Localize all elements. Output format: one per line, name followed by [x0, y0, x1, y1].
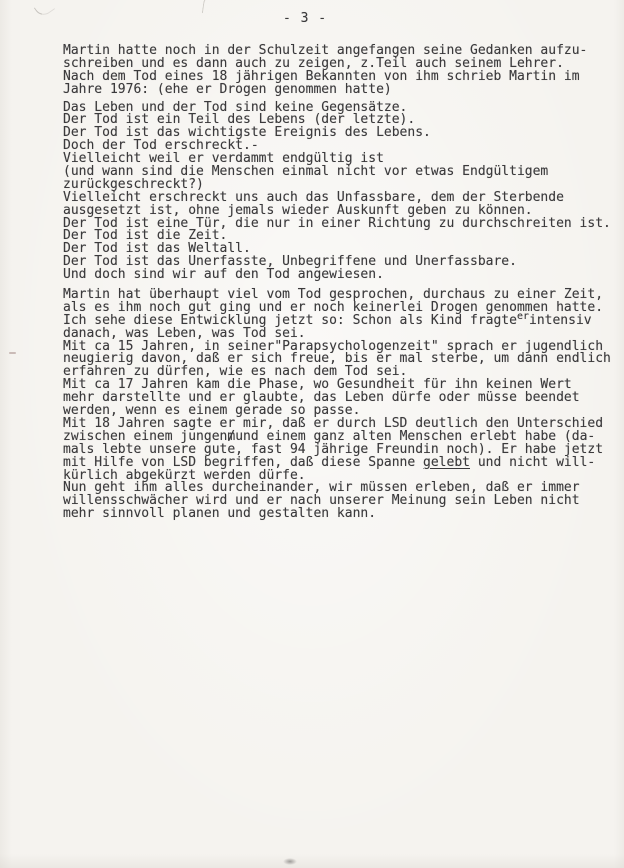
- crease-mark-artifact: [202, 0, 215, 15]
- text-segment-underline: gelebt: [423, 455, 470, 470]
- pencil-scribble-artifact: [34, 0, 55, 19]
- bottom-smudge-artifact: [283, 858, 297, 865]
- text-line: mehr sinnvoll planen und gestalten kann.: [63, 508, 615, 521]
- document-body: Martin hatte noch in der Schulzeit angef…: [63, 45, 615, 526]
- text-segment: und nicht will-: [470, 455, 595, 470]
- text-segment: intensiv: [529, 313, 592, 328]
- paragraph: Martin hat überhaupt viel vom Tod gespro…: [63, 289, 615, 521]
- paragraph: Martin hatte noch in der Schulzeit angef…: [63, 45, 615, 97]
- text-segment-strike: m: [227, 431, 235, 444]
- text-line: Jahre 1976: (ehe er Drogen genommen hatt…: [63, 84, 615, 97]
- page-number: - 3 -: [283, 11, 327, 26]
- text-segment-sup: er: [517, 311, 529, 322]
- paragraph: Das Leben und der Tod sind keine Gegensä…: [63, 102, 615, 282]
- document-page: - 3 - Martin hatte noch in der Schulzeit…: [0, 0, 624, 868]
- margin-dash-artifact: [9, 352, 16, 354]
- text-line: Und doch sind wir auf den Tod angewiesen…: [63, 269, 615, 282]
